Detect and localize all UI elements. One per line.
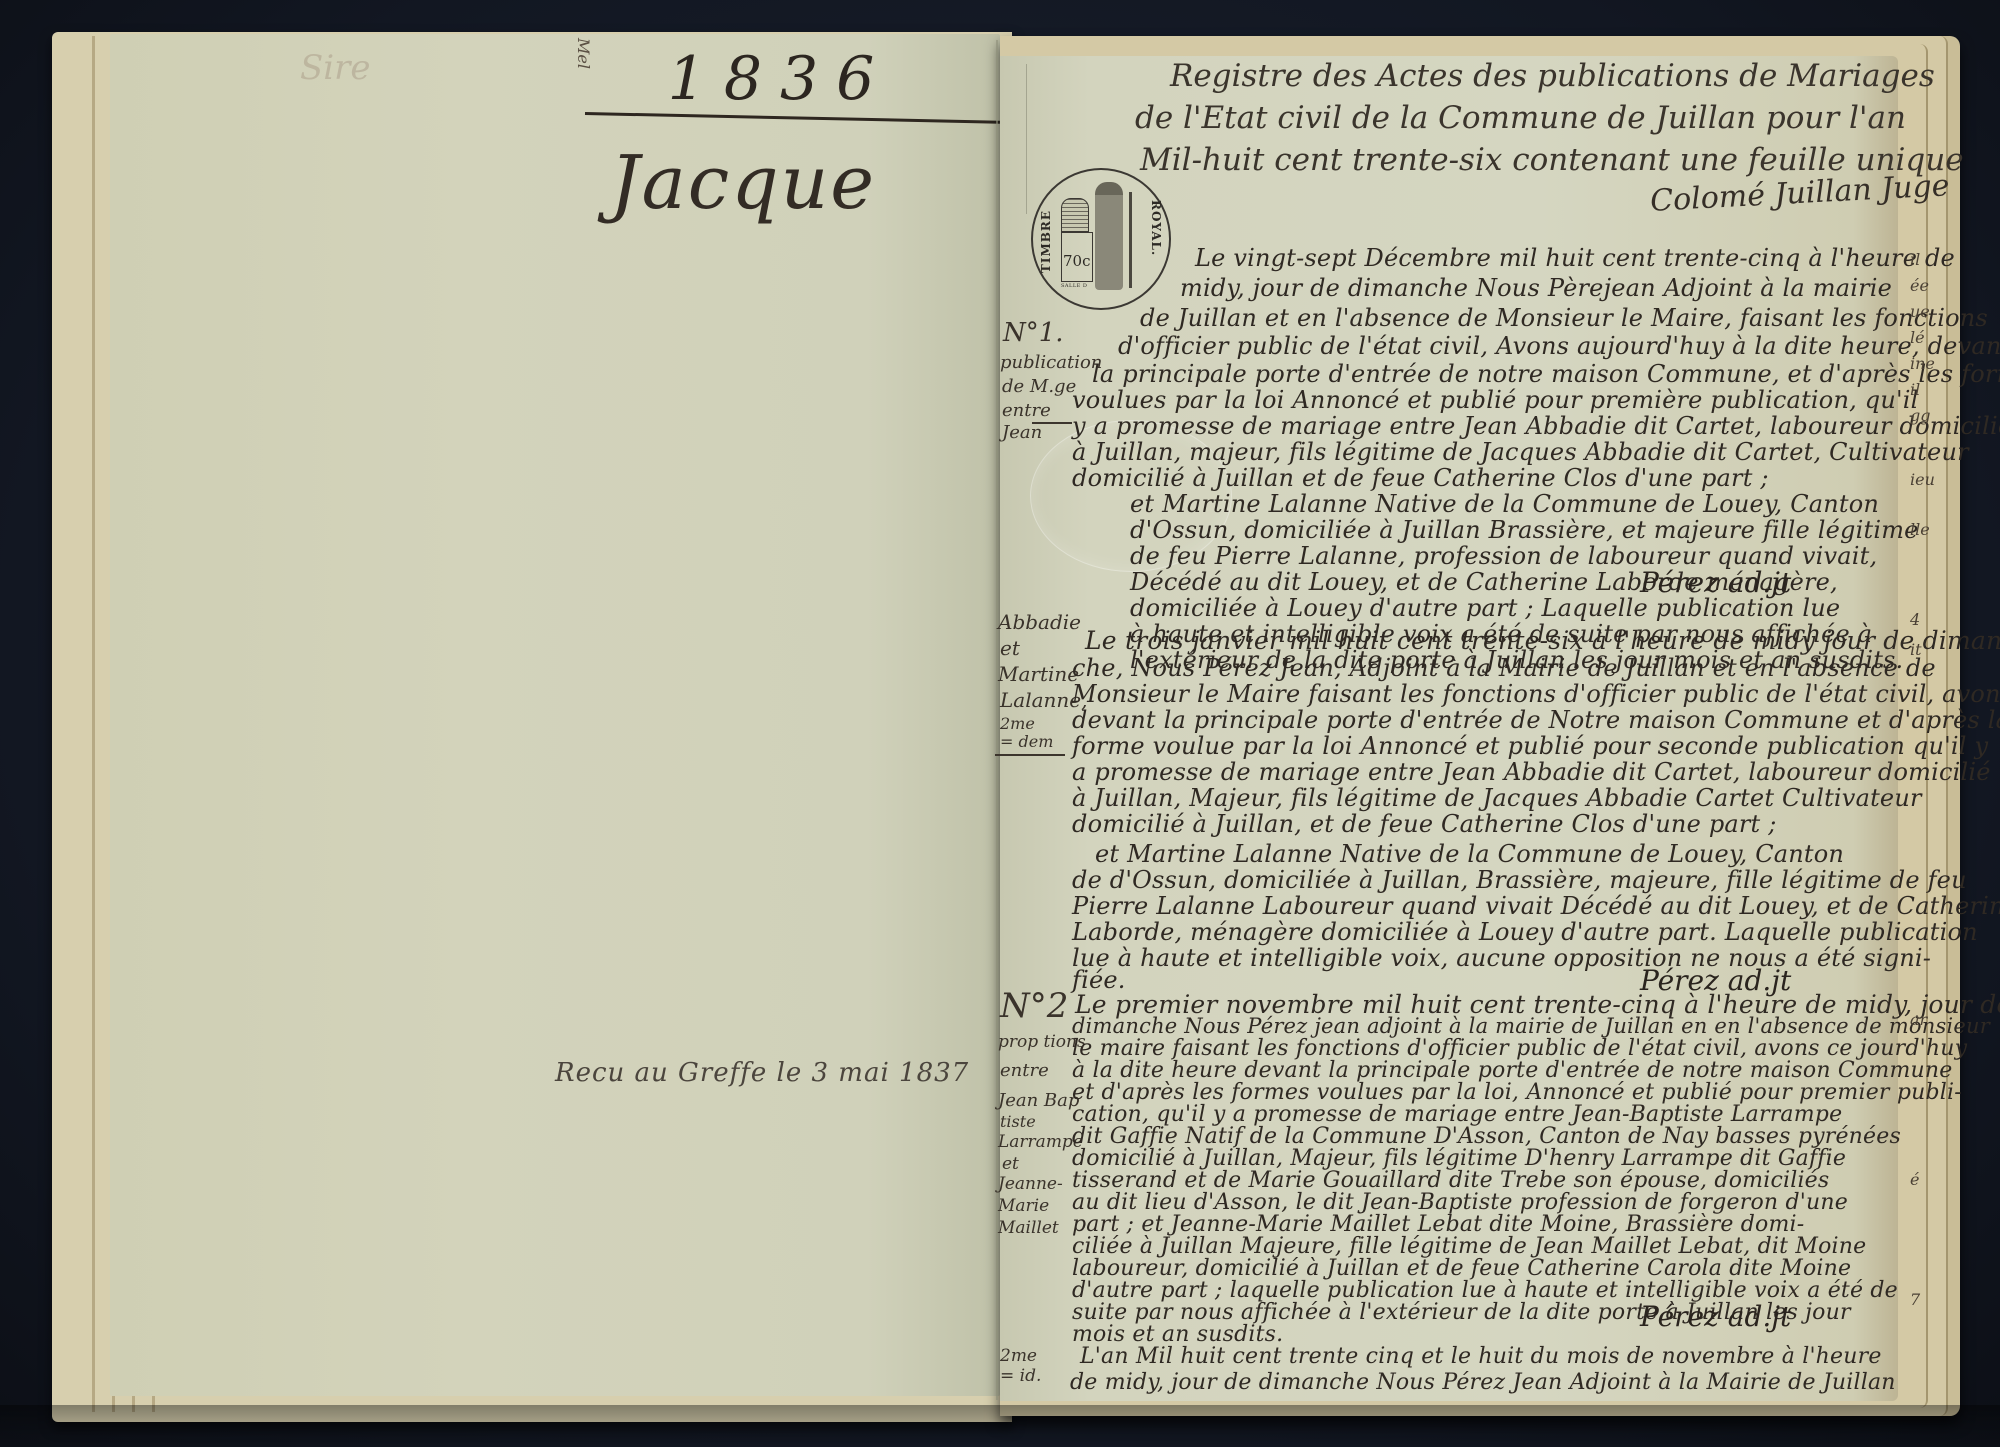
margin-note: Larrampe bbox=[998, 1132, 1083, 1152]
register-heading-line: Registre des Actes des publications de M… bbox=[1170, 58, 1935, 94]
margin-note: = dem bbox=[1000, 732, 1053, 751]
edge-fragment: ue bbox=[1910, 302, 1930, 321]
entry-text-line: forme voulue par la loi Annoncé et publi… bbox=[1072, 732, 1988, 760]
edge-fragment: ar bbox=[1910, 1010, 1927, 1029]
entry-text-line: midy, jour de dimanche Nous Pèrejean Adj… bbox=[1180, 274, 1892, 302]
stamp-value: 70c bbox=[1063, 252, 1091, 270]
margin-note: Abbadie bbox=[998, 610, 1081, 634]
stamp-subtext: SALLE D bbox=[1061, 283, 1087, 289]
entry-text-line: Laborde, ménagère domiciliée à Louey d'a… bbox=[1072, 918, 1978, 946]
stamp-right-text: ROYAL. bbox=[1149, 200, 1163, 256]
edge-fragment: ieu bbox=[1910, 470, 1935, 489]
entry-text-line: à Juillan, majeur, fils légitime de Jacq… bbox=[1072, 438, 1969, 466]
edge-fragment: é bbox=[1910, 1170, 1919, 1189]
entry-number: N°2 bbox=[1000, 986, 1068, 1026]
margin-note: 2me bbox=[1000, 714, 1035, 733]
register-heading-line: Mil-huit cent trente-six contenant une f… bbox=[1140, 142, 1964, 178]
entry-text-line: d'officier public de l'état civil, Avons… bbox=[1118, 332, 2000, 360]
received-at-registry-note: Recu au Greffe le 3 mai 1837 bbox=[555, 1058, 969, 1088]
entry-text-line: et Martine Lalanne Native de la Commune … bbox=[1095, 840, 1844, 868]
adjoint-signature: Pérez ad.jt bbox=[1640, 1300, 1791, 1333]
register-heading-line: de l'Etat civil de la Commune de Juillan… bbox=[1135, 100, 1906, 136]
margin-note: Maillet bbox=[998, 1218, 1059, 1238]
margin-note: Jean Bap bbox=[998, 1090, 1079, 1111]
adjoint-signature: Pérez ad.jt bbox=[1640, 566, 1791, 599]
register-year: 1836 bbox=[650, 44, 910, 114]
edge-fragment: il bbox=[1910, 250, 1920, 269]
entry-4-visible-area: L'an Mil huit cent trente cinq et le hui… bbox=[1070, 1344, 1900, 1400]
bottom-shadow bbox=[0, 1405, 2000, 1447]
entry-text-line: de midy, jour de dimanche Nous Pérez Jea… bbox=[1070, 1370, 1896, 1395]
page-edge bbox=[92, 36, 95, 1412]
timbre-royal-stamp-icon: TIMBRE ROYAL. 70c SALLE D bbox=[1031, 168, 1171, 310]
margin-note: Marie bbox=[998, 1196, 1049, 1216]
margin-note: entre bbox=[1000, 1060, 1049, 1081]
edge-fragment: ine bbox=[1910, 354, 1935, 373]
entry-text-line: Monsieur le Maire faisant les fonctions … bbox=[1072, 680, 2000, 708]
margin-note: tiste bbox=[1000, 1112, 1036, 1131]
stamp-figure bbox=[1095, 182, 1123, 290]
entry-text-line: de d'Ossun, domiciliée à Juillan, Brassi… bbox=[1072, 866, 1967, 894]
edge-fragment: lle bbox=[1910, 520, 1930, 539]
margin-note: entre bbox=[1002, 400, 1051, 421]
entry-text-line: Le vingt-sept Décembre mil huit cent tre… bbox=[1195, 244, 1955, 272]
margin-rule bbox=[995, 754, 1065, 756]
left-page bbox=[110, 34, 1000, 1396]
edge-fragment: 4 bbox=[1910, 610, 1920, 629]
entry-text-line: a promesse de mariage entre Jean Abbadie… bbox=[1072, 758, 1991, 786]
margin-rule bbox=[1032, 422, 1072, 424]
entry-text-line: à Juillan, Majeur, fils légitime de Jacq… bbox=[1072, 784, 1922, 812]
margin-rule bbox=[1026, 64, 1027, 214]
entry-text-line: dimanche Nous Pérez jean adjoint à la ma… bbox=[1072, 1014, 1990, 1038]
entry-text-line: voulues par la loi Annoncé et publié pou… bbox=[1072, 386, 1919, 414]
entry-text-line: L'an Mil huit cent trente cinq et le hui… bbox=[1080, 1344, 1882, 1369]
edge-fragment: gg bbox=[1910, 406, 1930, 425]
register-name-title: Jacque bbox=[610, 140, 930, 226]
entry-text-line: lue à haute et intelligible voix, aucune… bbox=[1072, 944, 1931, 972]
entry-text-line: la principale porte d'entrée de notre ma… bbox=[1092, 360, 2000, 388]
entry-text-line: domicilié à Juillan, et de feue Catherin… bbox=[1072, 810, 1777, 838]
entry-number: N°1. bbox=[1003, 318, 1064, 348]
margin-note: Martine bbox=[998, 662, 1079, 686]
margin-note: Jeanne- bbox=[998, 1174, 1063, 1194]
margin-mark: Mel bbox=[574, 38, 593, 69]
stamp-left-text: TIMBRE bbox=[1039, 210, 1053, 273]
margin-note: publication bbox=[1000, 352, 1102, 373]
margin-note: = id. bbox=[1000, 1366, 1041, 1386]
entry-text-line: d'Ossun, domiciliée à Juillan Brassière,… bbox=[1130, 516, 1919, 544]
margin-note: et bbox=[1002, 1154, 1019, 1174]
edge-fragment: ée bbox=[1910, 276, 1929, 295]
margin-note: de M.ge bbox=[1002, 376, 1076, 397]
edge-fragment: 7 bbox=[1910, 1290, 1920, 1309]
entry-text-line: y a promesse de mariage entre Jean Abbad… bbox=[1072, 412, 2000, 440]
entry-text-line: de Juillan et en l'absence de Monsieur l… bbox=[1140, 304, 1988, 332]
edge-fragment: lé bbox=[1910, 328, 1925, 347]
entry-text-line: domicilié à Juillan et de feue Catherine… bbox=[1072, 464, 1769, 492]
underlying-page-edge: il ée ue lé ine il gg ieu lle 4 it ar é … bbox=[1906, 50, 1946, 1390]
margin-note: et bbox=[1000, 636, 1020, 660]
edge-fragment: il bbox=[1910, 380, 1920, 399]
stamp-tablet bbox=[1061, 198, 1089, 232]
margin-note: 2me bbox=[1000, 1346, 1037, 1366]
edge-fragment: it bbox=[1910, 640, 1922, 659]
entry-text-line: che, Nous Pérez Jean, Adjoint à la Mairi… bbox=[1072, 654, 1936, 682]
entry-text-line: et Martine Lalanne Native de la Commune … bbox=[1130, 490, 1879, 518]
entry-text-line: Le trois janvier mil huit cent trente-si… bbox=[1085, 626, 2000, 655]
faded-pencil-note: Sire bbox=[300, 48, 371, 88]
entry-text-line: Pierre Lalanne Laboureur quand vivait Dé… bbox=[1072, 892, 2000, 920]
margin-note: Jean bbox=[1002, 422, 1042, 443]
entry-text-line: devant la principale porte d'entrée de N… bbox=[1072, 706, 2000, 734]
stamp-staff bbox=[1129, 192, 1132, 288]
